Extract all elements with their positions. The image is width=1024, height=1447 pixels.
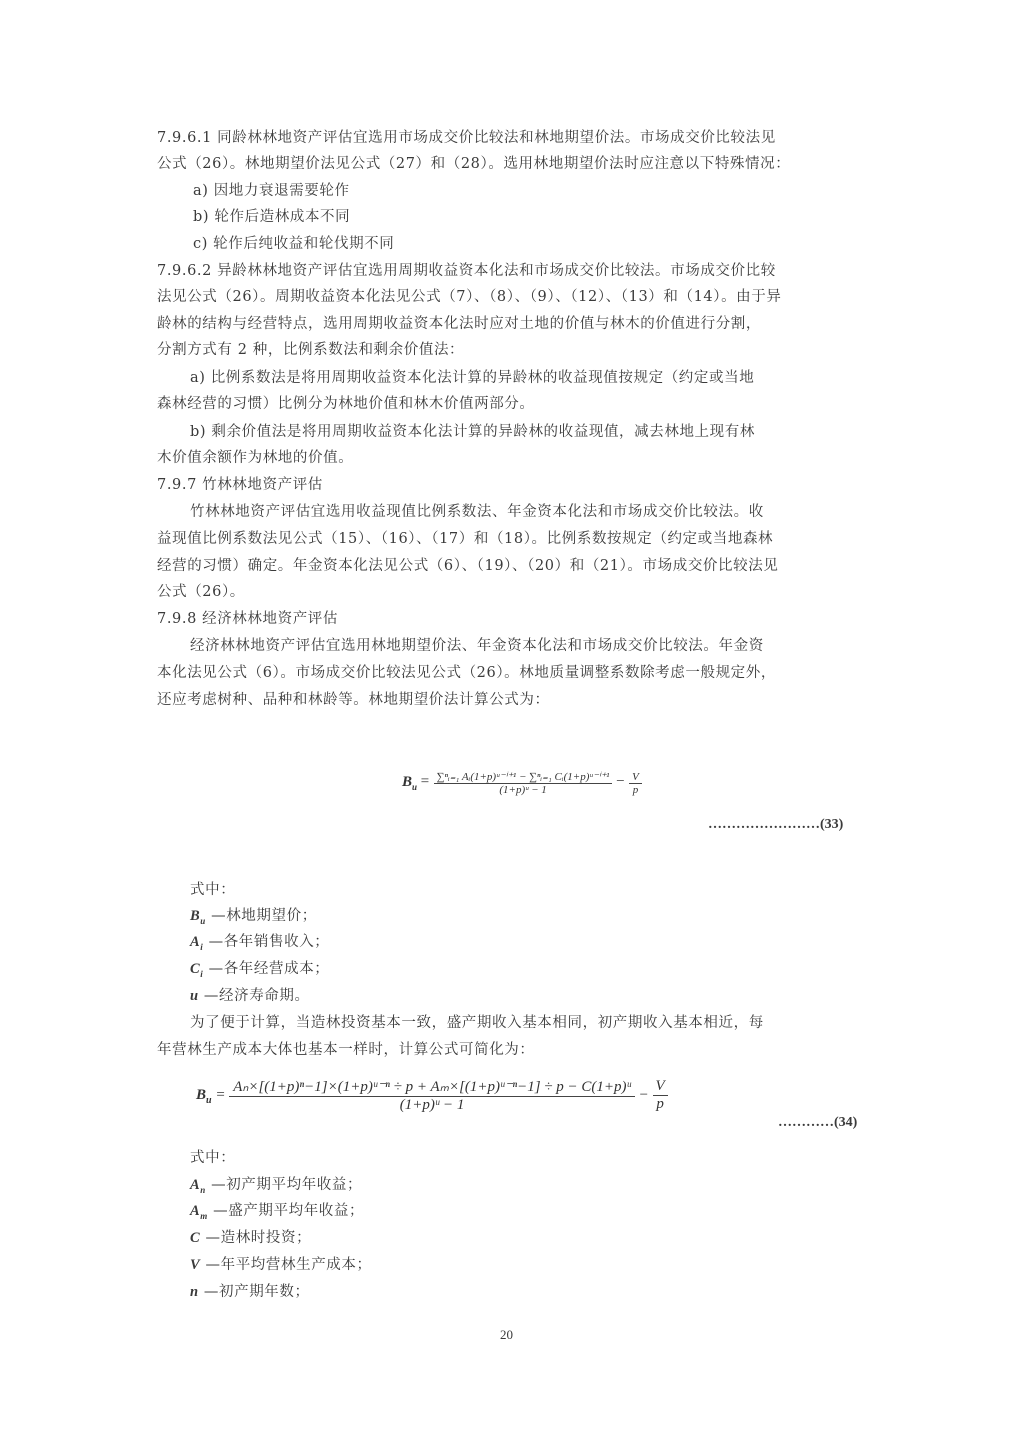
formula-fraction: Aₙ×[(1+p)ⁿ−1]×(1+p)ᵘ⁻ⁿ ÷ p + Aₘ×[(1+p)ᵘ⁻… bbox=[229, 1077, 635, 1114]
section-heading: 7.9.7 竹林林地资产评估 bbox=[157, 475, 873, 495]
definition-an: An —初产期平均年收益； bbox=[190, 1175, 873, 1200]
where-title: 式中： bbox=[190, 1148, 873, 1168]
paragraph-line: 经营的习惯）确定。年金资本化法见公式（6）、（19）、（20）和（21）。市场成… bbox=[157, 556, 873, 576]
formula-34: Bu = Aₙ×[(1+p)ⁿ−1]×(1+p)ᵘ⁻ⁿ ÷ p + Aₘ×[(1… bbox=[196, 1077, 668, 1114]
formula-fraction: ∑ⁿᵢ₌₁ Aᵢ(1+p)ᵘ⁻ⁱ⁺¹ − ∑ⁿᵢ₌₁ Cᵢ(1+p)ᵘ⁻ⁱ⁺¹ … bbox=[434, 770, 613, 796]
formula-lhs: Bu bbox=[402, 774, 417, 790]
list-item: a) 因地力衰退需要轮作 bbox=[193, 181, 909, 201]
equation-number-33: ……………………(33) bbox=[708, 817, 843, 833]
definition-v: V —年平均营林生产成本； bbox=[190, 1255, 873, 1275]
definition-bu: Bu —林地期望价； bbox=[190, 906, 873, 931]
formula-lhs: Bu bbox=[196, 1087, 212, 1103]
where-title: 式中： bbox=[190, 880, 873, 900]
list-item-a: a) 比例系数法是将用周期收益资本化法计算的异龄林的收益现值按规定（约定或当地 bbox=[190, 368, 873, 388]
paragraph-line: 益现值比例系数法见公式（15）、（16）、（17）和（18）。比例系数按规定（约… bbox=[157, 529, 873, 549]
paragraph-line: 法见公式（26）。周期收益资本化法见公式（7）、（8）、（9）、（12）、（13… bbox=[157, 287, 873, 307]
definition-u: u —经济寿命期。 bbox=[190, 986, 873, 1006]
formula-tail-fraction: V p bbox=[653, 1078, 668, 1113]
paragraph-line: 还应考虑树种、品种和林龄等。林地期望价法计算公式为： bbox=[157, 690, 873, 710]
section-heading: 7.9.8 经济林林地资产评估 bbox=[157, 609, 873, 629]
definition-ai: Ai —各年销售收入； bbox=[190, 932, 873, 957]
paragraph-line: 公式（26）。 bbox=[157, 582, 873, 602]
formula-tail-fraction: V p bbox=[629, 771, 642, 796]
definition-am: Am —盛产期平均年收益； bbox=[190, 1201, 873, 1226]
paragraph-line: 年营林生产成本大体也基本一样时，计算公式可简化为： bbox=[157, 1040, 873, 1060]
list-item-b-cont: 木价值余额作为林地的价值。 bbox=[157, 448, 873, 468]
list-item-a-cont: 森林经营的习惯）比例分为林地价值和林木价值两部分。 bbox=[157, 394, 873, 414]
equation-number-34: …………(34) bbox=[778, 1115, 857, 1131]
paragraph-line: 为了便于计算，当造林投资基本一致，盛产期收入基本相同，初产期收入基本相近，每 bbox=[190, 1013, 873, 1033]
paragraph-line: 7.9.6.1 同龄林林地资产评估宜选用市场成交价比较法和林地期望价法。市场成交… bbox=[157, 128, 873, 148]
document-page: 7.9.6.1 同龄林林地资产评估宜选用市场成交价比较法和林地期望价法。市场成交… bbox=[0, 0, 1024, 1447]
formula-33: Bu = ∑ⁿᵢ₌₁ Aᵢ(1+p)ᵘ⁻ⁱ⁺¹ − ∑ⁿᵢ₌₁ Cᵢ(1+p)ᵘ… bbox=[402, 770, 642, 796]
paragraph-line: 经济林林地资产评估宜选用林地期望价法、年金资本化法和市场成交价比较法。年金资 bbox=[190, 636, 873, 656]
paragraph-line: 公式（26）。林地期望价法见公式（27）和（28）。选用林地期望价法时应注意以下… bbox=[157, 154, 873, 174]
paragraph-line: 7.9.6.2 异龄林林地资产评估宜选用周期收益资本化法和市场成交价比较法。市场… bbox=[157, 261, 873, 281]
list-item: c) 轮作后纯收益和轮伐期不同 bbox=[193, 234, 909, 254]
definition-ci: Ci —各年经营成本； bbox=[190, 959, 873, 984]
list-item-b: b) 剩余价值法是将用周期收益资本化法计算的异龄林的收益现值，减去林地上现有林 bbox=[190, 422, 873, 442]
paragraph-line: 分割方式有 2 种，比例系数法和剩余价值法： bbox=[157, 340, 873, 360]
definition-n: n —初产期年数； bbox=[190, 1282, 873, 1302]
definition-c: C —造林时投资； bbox=[190, 1228, 873, 1248]
list-item: b) 轮作后造林成本不同 bbox=[193, 207, 909, 227]
paragraph-line: 本化法见公式（6）。市场成交价比较法见公式（26）。林地质量调整系数除考虑一般规… bbox=[157, 663, 873, 683]
page-number: 20 bbox=[500, 1327, 513, 1343]
paragraph-line: 竹林林地资产评估宜选用收益现值比例系数法、年金资本化法和市场成交价比较法。收 bbox=[190, 502, 873, 522]
paragraph-line: 龄林的结构与经营特点，选用周期收益资本化法时应对土地的价值与林木的价值进行分割， bbox=[157, 314, 873, 334]
